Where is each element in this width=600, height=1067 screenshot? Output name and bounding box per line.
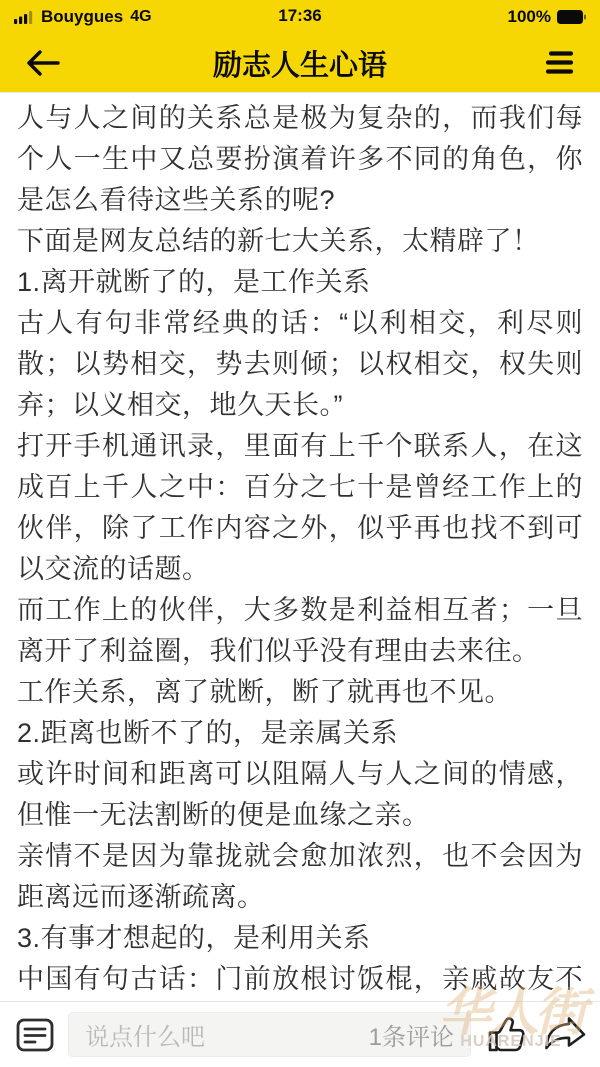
page-title: 励志人生心语 xyxy=(213,43,387,84)
share-arrow-icon xyxy=(543,1015,588,1055)
nav-bar: 励志人生心语 xyxy=(0,34,600,92)
article-paragraph: 打开手机通讯录，里面有上千个联系人，在这成百上千人之中：百分之七十是曾经工作上的… xyxy=(17,426,583,590)
article-paragraph: 亲情不是因为靠拢就会愈加浓烈，也不会因为距离远而逐渐疏离。 xyxy=(17,836,583,918)
header-background: Bouygues 4G 17:36 100% xyxy=(0,0,600,92)
back-arrow-icon xyxy=(24,48,62,78)
carrier-name: Bouygues xyxy=(41,7,123,27)
comments-list-icon xyxy=(16,1018,54,1052)
hamburger-menu-icon xyxy=(544,49,576,77)
cell-signal-icon xyxy=(14,11,34,24)
article-section-heading: 1.离开就断了的，是工作关系 xyxy=(17,262,583,303)
article-section-heading: 2.距离也断不了的，是亲属关系 xyxy=(17,713,583,754)
article-paragraph: 人与人之间的关系总是极为复杂的，而我们每个人一生中又总要扮演着许多不同的角色，你… xyxy=(17,98,583,221)
article-paragraph: 或许时间和距离可以阻隔人与人之间的情感，但惟一无法割断的便是血缘之亲。 xyxy=(17,754,583,836)
comment-input[interactable]: 说点什么吧 1条评论 xyxy=(68,1012,471,1057)
article-section-heading: 3.有事才想起的，是利用关系 xyxy=(17,918,583,959)
article-paragraph: 古人有句非常经典的话：“以利相交，利尽则散；以势相交，势去则倾；以权相交，权失则… xyxy=(17,303,583,426)
battery-percent: 100% xyxy=(508,7,551,27)
comments-list-button[interactable] xyxy=(14,1016,56,1054)
network-type: 4G xyxy=(130,8,151,26)
battery-icon xyxy=(557,10,586,24)
article-paragraph: 而工作上的伙伴，大多数是利益相互者；一旦离开了利益圈，我们似乎没有理由去来往。 xyxy=(17,590,583,672)
like-button[interactable] xyxy=(483,1013,529,1057)
comment-count-label[interactable]: 1条评论 xyxy=(369,1017,454,1052)
status-left: Bouygues 4G xyxy=(14,7,152,27)
thumbs-up-icon xyxy=(485,1015,527,1055)
phone-screen: Bouygues 4G 17:36 100% xyxy=(0,0,600,1067)
article-paragraph: 下面是网友总结的新七大关系，太精辟了！ xyxy=(17,221,583,262)
status-right: 100% xyxy=(508,7,586,27)
menu-button[interactable] xyxy=(540,45,580,81)
back-button[interactable] xyxy=(20,44,66,82)
share-button[interactable] xyxy=(541,1013,590,1057)
article-body: 人与人之间的关系总是极为复杂的，而我们每个人一生中又总要扮演着许多不同的角色，你… xyxy=(0,92,600,1067)
article-paragraph: 工作关系，离了就断，断了就再也不见。 xyxy=(17,672,583,713)
status-bar: Bouygues 4G 17:36 100% xyxy=(0,0,600,34)
comment-input-placeholder: 说点什么吧 xyxy=(85,1017,205,1052)
comment-bar: 说点什么吧 1条评论 xyxy=(0,1001,600,1067)
clock: 17:36 xyxy=(278,6,321,26)
